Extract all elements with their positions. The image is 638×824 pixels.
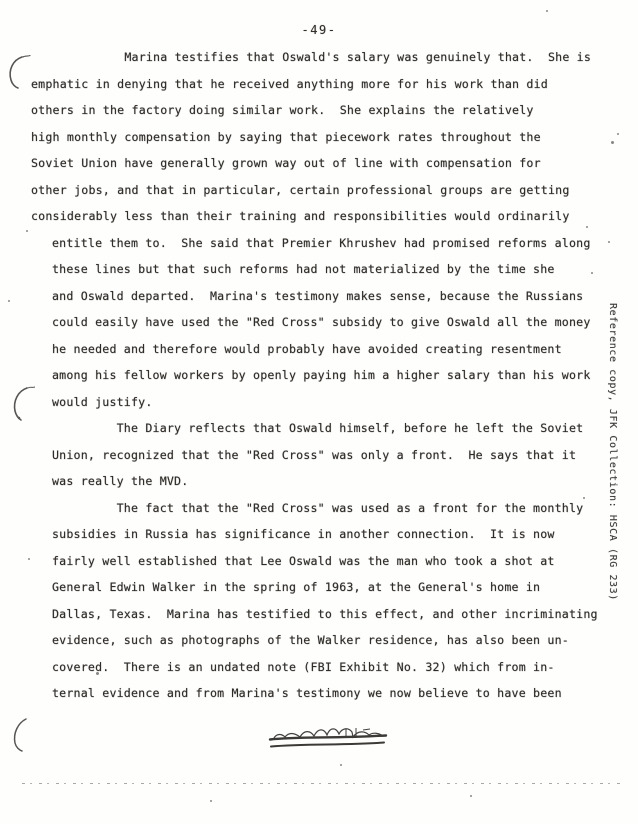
text-line: subsidies in Russia has significance in … (52, 521, 638, 548)
document-body: Marina testifies that Oswald's salary wa… (0, 44, 638, 707)
text-line: The Diary reflects that Oswald himself, … (52, 415, 638, 442)
text-line: entitle them to. She said that Premier K… (52, 230, 638, 257)
text-line: he needed and therefore would probably h… (52, 336, 638, 363)
pen-mark-icon (9, 385, 35, 423)
archive-reference-note: Reference copy, JFK Collection: HSCA (RG… (607, 303, 618, 601)
text-line: these lines but that such reforms had no… (52, 256, 638, 283)
text-line: other jobs, and that in particular, cert… (31, 177, 638, 204)
text-line: General Edwin Walker in the spring of 19… (52, 574, 638, 601)
text-line: evidence, such as photographs of the Wal… (52, 627, 638, 654)
text-line: Soviet Union have generally grown way ou… (31, 150, 638, 177)
text-line: Union, recognized that the "Red Cross" w… (52, 442, 638, 469)
text-line: was really the MVD. (52, 468, 638, 495)
scan-speck (611, 141, 614, 144)
text-line: could easily have used the "Red Cross" s… (52, 309, 638, 336)
document-page: -49- Marina testifies that Oswald's sala… (0, 0, 638, 824)
scan-speck (470, 795, 472, 797)
scan-speck (586, 226, 588, 228)
text-line: Marina testifies that Oswald's salary wa… (31, 44, 638, 71)
scan-speck (26, 230, 28, 232)
pen-mark-icon (5, 53, 31, 91)
scan-artifact-line (22, 783, 623, 784)
pen-mark-icon (10, 716, 36, 754)
text-line: The fact that the "Red Cross" was used a… (52, 495, 638, 522)
text-line: ternal evidence and from Marina's testim… (52, 680, 638, 707)
text-line: among his fellow workers by openly payin… (52, 362, 638, 389)
text-line: high monthly compensation by saying that… (31, 124, 638, 151)
text-line: others in the factory doing similar work… (31, 97, 638, 124)
scan-speck (210, 800, 212, 802)
struck-classification-stamp (266, 722, 390, 754)
scan-speck (96, 672, 99, 675)
scan-speck (583, 497, 585, 499)
scan-speck (546, 10, 548, 12)
text-line: would justify. (52, 389, 638, 416)
scan-speck (8, 300, 10, 302)
text-line: and Oswald departed. Marina's testimony … (52, 283, 638, 310)
text-line: Dallas, Texas. Marina has testified to t… (52, 601, 638, 628)
text-line: considerably less than their training an… (31, 203, 638, 230)
text-line: emphatic in denying that he received any… (31, 71, 638, 98)
scan-speck (617, 133, 619, 135)
scan-speck (608, 241, 610, 243)
page-number: -49- (0, 23, 638, 37)
scan-speck (591, 272, 593, 274)
text-line: fairly well established that Lee Oswald … (52, 548, 638, 575)
scan-speck (28, 558, 30, 560)
scan-speck (340, 764, 342, 766)
text-line: covered. There is an undated note (FBI E… (52, 654, 638, 681)
